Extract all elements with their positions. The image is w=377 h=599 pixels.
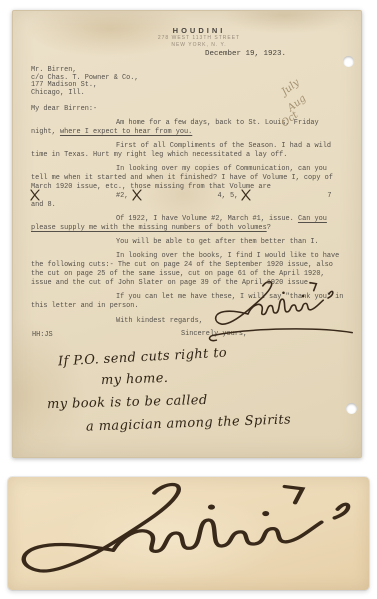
paragraph-text: ? [267,224,271,232]
punch-hole [346,403,357,414]
handwritten-note-line: If P.O. send cuts right to [58,347,228,370]
underlined-phrase: where I expect to hear from you. [60,128,192,136]
paragraph-2: First of all Compliments of the Season. … [31,142,347,160]
crossed-number-text: 7 [327,192,331,200]
houdini-signature-large [12,479,364,587]
letter-date: December 19, 1923. [31,50,347,59]
punch-hole [343,56,354,67]
paragraph-text: 5, [226,192,243,200]
paragraph-1: Am home for a few days, back to St. Loui… [31,119,347,137]
x-mark-icon [241,189,251,201]
paragraph-5: You will be able to get after them bette… [31,238,347,247]
handwritten-note-line: my home. [101,372,169,388]
photo-background: HOUDINI 278 WEST 113TH STREET NEW YORK, … [0,0,377,599]
paragraph-3: In looking over my copies of Communicati… [31,165,347,210]
x-mark-icon [30,189,40,201]
x-mark-icon [132,189,142,201]
crossed-out-number: 4, [133,192,226,201]
recipient-address-block: Mr. Birren, c/o Chas. T. Powner & Co., 1… [31,67,347,97]
paragraph-text: In looking over my copies of Communicati… [31,165,333,191]
letterhead-address-city: NEW YORK, N. Y. [51,43,347,49]
crossed-out-number: 7 [242,192,331,201]
crossed-number-text: #2, [116,192,128,200]
letterhead: HOUDINI 278 WEST 113TH STREET NEW YORK, … [31,27,347,48]
paragraph-4: Of 1922, I have Volume #2, March #1, iss… [31,215,347,233]
signature-crop: Houdini [8,477,369,590]
paragraph-text: and 8. [31,201,56,209]
handwritten-note-line: a magician among the Spirits [86,413,292,434]
handwritten-note-line: my book is to be called [47,394,208,412]
letterhead-address-street: 278 WEST 113TH STREET [51,36,347,42]
letter-page: HOUDINI 278 WEST 113TH STREET NEW YORK, … [12,10,362,458]
signature-flourish [205,325,357,344]
paragraph-text: Of 1922, I have Volume #2, March #1, iss… [116,215,298,223]
typist-initials: HH:JS [32,331,53,340]
crossed-number-text: 4, [218,192,226,200]
letterhead-name: HOUDINI [51,27,347,35]
crossed-out-number: #2, [31,192,128,201]
